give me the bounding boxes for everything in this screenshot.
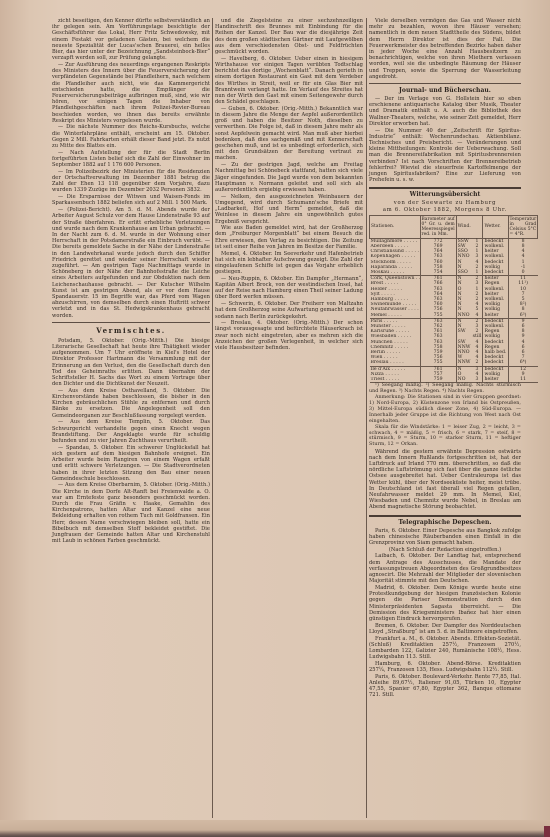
article: — Im Polizeibezirk der Ministerien für d…: [52, 169, 210, 194]
wind-direction-cell: NNW: [456, 360, 471, 366]
weather-cell: wolkenl.: [483, 254, 508, 259]
dispatch: Paris, 6. Oktober. Einer Depesche aus Ba…: [369, 528, 521, 547]
article: — Aus dem Kreise Osthavelland, 5. Oktobe…: [52, 388, 210, 419]
wind-scale: Skala für die Windstärke: 1 = leiser Zug…: [369, 425, 521, 448]
wind-force-cell: still: [472, 334, 483, 339]
section-rule: [52, 322, 210, 323]
dispatch: Laibach, 6. Oktober. Der Landtag hat, en…: [369, 553, 521, 584]
dispatch: Madrid, 6. Oktober. Dem Könige wurde heu…: [369, 585, 521, 622]
column-1: zicht beseitigen, den Kenner dürfte selb…: [52, 18, 210, 545]
article: Wie aus Baden gemeldet wird, hat der Gro…: [215, 225, 363, 250]
article: — Schwerin, 6. Oktober. Der Freiherr von…: [215, 301, 363, 320]
header-temperature: Temperatur in Grad Celsius 5°C = 4°R.: [508, 215, 538, 238]
weather-table: Stationen. Barometer auf 0° Gr. u. dem M…: [369, 215, 538, 383]
dispatch: Paris, 6. Oktober. Boulevard-Verkehr. Re…: [369, 674, 521, 699]
article: — Breslau, 4. Oktober. (Orig.-Mitth.) De…: [215, 320, 363, 351]
weather-table-body: Mullaghmore . . . . .772SSW1bedeckt8Aber…: [370, 238, 538, 382]
station-cell: Kopenhagen . . . . .: [370, 254, 421, 259]
article: zicht beseitigen, den Kenner dürfte selb…: [52, 18, 210, 61]
weather-summary: Während die gestern erwähnte Depression …: [369, 449, 521, 511]
article: — Der im Verlage von G. Hollstein hier s…: [369, 96, 521, 127]
weather-date: am 6. Oktober 1882, Morgens 8 Uhr.: [369, 207, 521, 213]
article: — (Polizei-Bericht). Am 5. d. M. Abends …: [52, 207, 210, 319]
weather-remark: Anmerkung: Die Stationen sind in vier Gr…: [369, 395, 521, 424]
article: — Guben, 6. Oktober. (Orig.-Mitth.) Beka…: [215, 106, 363, 162]
header-wind: Wind.: [456, 215, 483, 238]
wind-direction-cell: NNO: [456, 254, 471, 259]
page-bottom-edge: [0, 820, 550, 837]
dispatch: Bremen, 6. Oktober. Der Dampfer des Nord…: [369, 623, 521, 635]
binding-corner: [544, 826, 550, 837]
article: — Havelberg, 6. Oktober. Ueber einen in …: [215, 56, 363, 106]
dispatch-note: (Nach Schluß der Redaction eingetroffen.…: [369, 547, 521, 553]
header-station: Stationen.: [370, 215, 421, 238]
column-divider: [212, 18, 213, 818]
dispatch: Frankfurt a. M., 6. Oktober. Abends. Eff…: [369, 636, 521, 661]
column-divider: [366, 18, 367, 818]
wind-direction-cell: NNO: [456, 313, 471, 319]
article: — Nelken, den ausgezeichneten Weinbauern…: [215, 194, 363, 225]
header-barometer: Barometer auf 0° Gr. u. dem Meeresspiege…: [420, 215, 456, 238]
article: — Zur Ausführung des neuerdings ergangen…: [52, 62, 210, 124]
weather-footnotes: ¹) Seegang mäßig. ²) Seegang mäßig. Nach…: [369, 383, 521, 395]
section-title-journal: Journal- und Bücherschau.: [369, 87, 521, 95]
station-cell: Neufahrwasser . . . . .: [370, 307, 421, 312]
weather-title: Witterungsübersicht: [369, 191, 521, 199]
section-title-vermischtes: Vermischtes.: [52, 326, 210, 336]
weather-row: Triest . . . . .759NO3heiter11: [370, 377, 538, 383]
temperature-cell: 11: [508, 377, 538, 383]
section-title-telegraph: Telegraphische Depeschen.: [369, 519, 521, 527]
article: — Neu-Ruppin, 6. Oktober. Ein Dampfer „H…: [215, 276, 363, 301]
article: — Die Ersparnisse der Witwen und Waisen-…: [52, 194, 210, 206]
article: Viele derselben vermögen das Gas und Was…: [369, 18, 521, 80]
station-cell: Triest . . . . .: [370, 377, 421, 383]
article: — Aus dem Kreise Oberbarnim, 5. Oktober.…: [52, 482, 210, 544]
article: und die Ziegelsteine zu einer sechzehnze…: [215, 18, 363, 55]
article: Potsdam, 5. Oktober. (Orig.-Mitth.) Die …: [52, 338, 210, 388]
column-3: Viele derselben vermögen das Gas und Was…: [369, 18, 521, 699]
section-rule: [369, 515, 521, 517]
article: — Die Nummer 40 der „Zeitschrift für Spi…: [369, 128, 521, 184]
wind-force-cell: 3: [472, 377, 483, 383]
article: Memel, 4. Oktober. Im Seeverkehr und Haf…: [215, 251, 363, 276]
article: — Aus dem Kreise Templin, 5. Oktober. Da…: [52, 419, 210, 444]
article: — Spandau, 5. Oktober. Ein schwerer Ungl…: [52, 445, 210, 482]
wind-direction-cell: NO: [456, 377, 471, 383]
article: — Die nächste Nummer des Reichs-Kursbuch…: [52, 124, 210, 149]
dispatch: Hamburg, 6. Oktober. Abend-Börse. Kredit…: [369, 661, 521, 673]
barometer-cell: 759: [420, 377, 456, 383]
article: — Zu der gestrigen Jagd, welche am Freit…: [215, 162, 363, 193]
section-rule: [369, 83, 521, 84]
section-rule: [369, 187, 521, 189]
weather-cell: heiter: [483, 377, 508, 383]
column-2: und die Ziegelsteine zu einer sechzehnze…: [215, 18, 363, 352]
header-weather: Wetter.: [483, 215, 508, 238]
article: — Nach Aufstellung der für die Stadt Ber…: [52, 150, 210, 169]
